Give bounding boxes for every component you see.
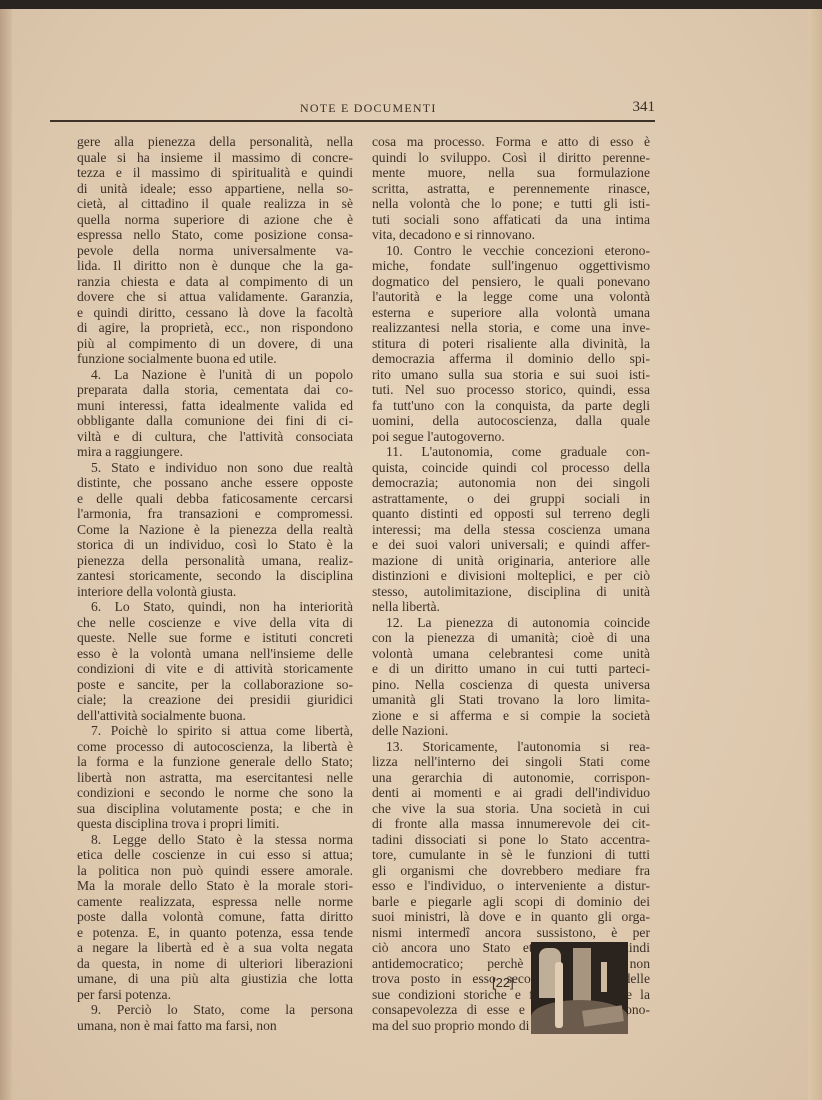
text-line: quale si ha insieme il massimo di concre… <box>77 150 353 166</box>
text-line: mazione di unità originaria, anteriore a… <box>372 553 650 569</box>
text-line: zione e si afferma e si compie la societ… <box>372 708 650 724</box>
running-title: NOTE E DOCUMENTI <box>300 101 437 116</box>
text-line: pino. Nella coscienza di questa universa <box>372 677 650 693</box>
page-right-edge <box>808 9 822 1100</box>
text-line: poi segue l'autogoverno. <box>372 429 650 445</box>
text-line: stitura di poteri risaliente alla divini… <box>372 336 650 352</box>
text-line: condizioni di vite e di attività storica… <box>77 661 353 677</box>
text-line: e dei suoi valori universali; e quindi a… <box>372 537 650 553</box>
text-line: umana, non è mai fatto ma farsi, non <box>77 1018 353 1034</box>
text-line: distinzioni e divisioni molteplici, e pe… <box>372 568 650 584</box>
text-line: la forma e la funzione generale dello St… <box>77 754 353 770</box>
text-line: condizioni e secondo le norme che sono l… <box>77 785 353 801</box>
text-line: denti ai momenti e ai gradi dell'individ… <box>372 785 650 801</box>
text-line: 13. Storicamente, l'autonomia si rea- <box>372 739 650 755</box>
text-line: delle Nazioni. <box>372 723 650 739</box>
left-text-column: gere alla pienezza della personalità, ne… <box>77 134 353 1033</box>
text-line: di fronte alla massa innumerevole dei ci… <box>372 816 650 832</box>
text-line: nella volontà che lo pone; e tutti gli i… <box>372 196 650 212</box>
text-line: storica di un individuo, così lo Stato è… <box>77 537 353 553</box>
text-line: 10. Contro le vecchie concezioni eterono… <box>372 243 650 259</box>
text-line: di agire, la proprietà, ecc., non rispon… <box>77 320 353 336</box>
text-line: astrattamente, o dei gruppi sociali in <box>372 491 650 507</box>
text-line: preparata dalla storia, cementata dai co… <box>77 382 353 398</box>
text-line: quindi lo sviluppo. Così il diritto pere… <box>372 150 650 166</box>
text-line: 11. L'autonomia, come graduale con- <box>372 444 650 460</box>
text-line: Ma la morale dello Stato è la morale sto… <box>77 878 353 894</box>
text-line: camente realizzata, espressa nelle norme <box>77 894 353 910</box>
text-line: democrazia afferma il dominio dello spi- <box>372 351 650 367</box>
text-line: quella norma superiore di azione che è <box>77 212 353 228</box>
text-line: a negare la libertà ed è a sua volta neg… <box>77 940 353 956</box>
woodcut-illustration-icon <box>531 942 628 1034</box>
text-line: ciale; la creazione dei presidii giuridi… <box>77 692 353 708</box>
right-text-column: cosa ma processo. Forma e atto di esso è… <box>372 134 650 1033</box>
text-line: dogmatico del pensiero, le quali ponevan… <box>372 274 650 290</box>
text-line: libertà non astratta, ma esercitantesi n… <box>77 770 353 786</box>
text-line: dovere che si attua validamente. Garanzi… <box>77 289 353 305</box>
text-line: muni interessi, fatta idealmente valida … <box>77 398 353 414</box>
text-line: democrazia; autonomia non dei singoli <box>372 475 650 491</box>
text-line: l'armonia, fra transazioni e compromessi… <box>77 506 353 522</box>
text-line: etica delle coscienze in cui esso si att… <box>77 847 353 863</box>
text-line: l'autorità e la legge come una volontà <box>372 289 650 305</box>
text-line: rito umano sulla sua storia e sui suoi i… <box>372 367 650 383</box>
text-line: nella libertà. <box>372 599 650 615</box>
text-line: queste. Nelle sue forme e istituti concr… <box>77 630 353 646</box>
text-line: scritta, astratta, e perennemente rinasc… <box>372 181 650 197</box>
text-line: dell'attività socialmente buona. <box>77 708 353 724</box>
text-line: miche, fondate sull'ingenuo oggettivismo <box>372 258 650 274</box>
text-line: 9. Perciò lo Stato, come la persona <box>77 1002 353 1018</box>
text-line: più al compimento di un dovere, di una <box>77 336 353 352</box>
text-line: zantesi storicamente, secondo la discipl… <box>77 568 353 584</box>
text-line: umanità gli Stati trovano la loro limita… <box>372 692 650 708</box>
text-line: esso e l'individuo, o interveniente a di… <box>372 878 650 894</box>
text-line: 12. La pienezza di autonomia coincide <box>372 615 650 631</box>
text-line: tuti sociali sono affaticati da una inti… <box>372 212 650 228</box>
text-line: cosa ma processo. Forma e atto di esso è <box>372 134 650 150</box>
text-line: esterna e superiore alla volontà umana <box>372 305 650 321</box>
text-line: quista, coincide quindi col processo del… <box>372 460 650 476</box>
page-left-edge <box>0 9 12 1100</box>
text-line: obbligante dalla comunione dei fini di c… <box>77 413 353 429</box>
text-line: e potenza. E, in quanto potenza, essa te… <box>77 925 353 941</box>
page-header: NOTE E DOCUMENTI 341 <box>50 101 655 117</box>
text-line: funzione socialmente buona ed utile. <box>77 351 353 367</box>
text-line: di unità ideale; esso appartiene, nella … <box>77 181 353 197</box>
text-line: una gerarchia di autonomie, corrispon- <box>372 770 650 786</box>
folio-number: [22] <box>492 975 514 990</box>
text-line: lida. Il diritto non è dunque che la ga- <box>77 258 353 274</box>
text-line: che vive la sua storia. Una società in c… <box>372 801 650 817</box>
text-line: uomini, della autocoscienza, dalla quale <box>372 413 650 429</box>
text-line: fa tutt'uno con la conquista, da parte d… <box>372 398 650 414</box>
text-line: volontà umana celebrantesi come unità <box>372 646 650 662</box>
text-line: nismi intermedî ancora sussistono, è per <box>372 925 650 941</box>
text-line: gere alla pienezza della personalità, ne… <box>77 134 353 150</box>
text-line: tore, cumulante in sè le funzioni di tut… <box>372 847 650 863</box>
text-line: 8. Legge dello Stato è la stessa norma <box>77 832 353 848</box>
text-line: vita, decadono e si rinnovano. <box>372 227 650 243</box>
text-line: 7. Poichè lo spirito si attua come liber… <box>77 723 353 739</box>
page-number: 341 <box>633 99 656 116</box>
text-line: Come la Nazione è la pienezza della real… <box>77 522 353 538</box>
text-line: 4. La Nazione è l'unità di un popolo <box>77 367 353 383</box>
text-line: mira a raggiungere. <box>77 444 353 460</box>
text-line: e quindi diritto, cessano là dove la fac… <box>77 305 353 321</box>
text-line: realizzantesi nella storia, e come una i… <box>372 320 650 336</box>
text-line: e delle quali debba faticosamente cercar… <box>77 491 353 507</box>
text-line: 5. Stato e individuo non sono due realtà <box>77 460 353 476</box>
header-rule <box>50 120 655 122</box>
text-line: e di un diritto umano in cui tutti parte… <box>372 661 650 677</box>
text-line: poste e sancite, per la collaborazione s… <box>77 677 353 693</box>
text-line: come processo di autocoscienza, la liber… <box>77 739 353 755</box>
text-line: tadini dissociati si pone lo Stato accen… <box>372 832 650 848</box>
text-line: stesso, autolimitazione, disciplina di u… <box>372 584 650 600</box>
text-line: cietà, al cittadino il quale realizza in… <box>77 196 353 212</box>
text-line: gli organismi che dovrebbero mediare fra <box>372 863 650 879</box>
text-line: pienezza della personalità umana, realiz… <box>77 553 353 569</box>
text-line: questa disciplina trova i propri limiti. <box>77 816 353 832</box>
text-line: barle e piegarle agli scopi di dominio d… <box>372 894 650 910</box>
text-line: poste dalla volontà comune, fatta diritt… <box>77 909 353 925</box>
text-line: suoi ministri, là dove e in quanto gli o… <box>372 909 650 925</box>
text-line: quanto distinti ed opposti sul terreno d… <box>372 506 650 522</box>
text-line: interessi; ma della stessa coscienza uma… <box>372 522 650 538</box>
text-line: per farsi potenza. <box>77 987 353 1003</box>
text-line: espressa nello Stato, come posizione con… <box>77 227 353 243</box>
text-line: che nelle coscienze e vive della vita di <box>77 615 353 631</box>
text-line: interiore della volontà giusta. <box>77 584 353 600</box>
text-line: tuti. Nel suo processo storico, quindi, … <box>372 382 650 398</box>
text-line: ranzia chiesta e data al compimento di u… <box>77 274 353 290</box>
text-line: esso è la volontà umana nell'insieme del… <box>77 646 353 662</box>
text-line: con la pienezza di umanità; cioè di una <box>372 630 650 646</box>
text-line: mente muore, nella sua formulazione <box>372 165 650 181</box>
text-line: la politica non può quindi essere amoral… <box>77 863 353 879</box>
text-line: da questa, in nome di ulteriori liberazi… <box>77 956 353 972</box>
text-line: umane, di una più alta giustizia che lot… <box>77 971 353 987</box>
text-line: sua disciplina volutamente posta; e che … <box>77 801 353 817</box>
text-line: 6. Lo Stato, quindi, non ha interiorità <box>77 599 353 615</box>
text-line: distinte, che possano anche essere oppos… <box>77 475 353 491</box>
text-line: tezza e il massimo di spiritualità e qui… <box>77 165 353 181</box>
text-line: lizza nell'interno dei singoli Stati com… <box>372 754 650 770</box>
text-line: viltà e di cultura, che l'attività conso… <box>77 429 353 445</box>
text-line: pevole della norma universalmente va- <box>77 243 353 259</box>
